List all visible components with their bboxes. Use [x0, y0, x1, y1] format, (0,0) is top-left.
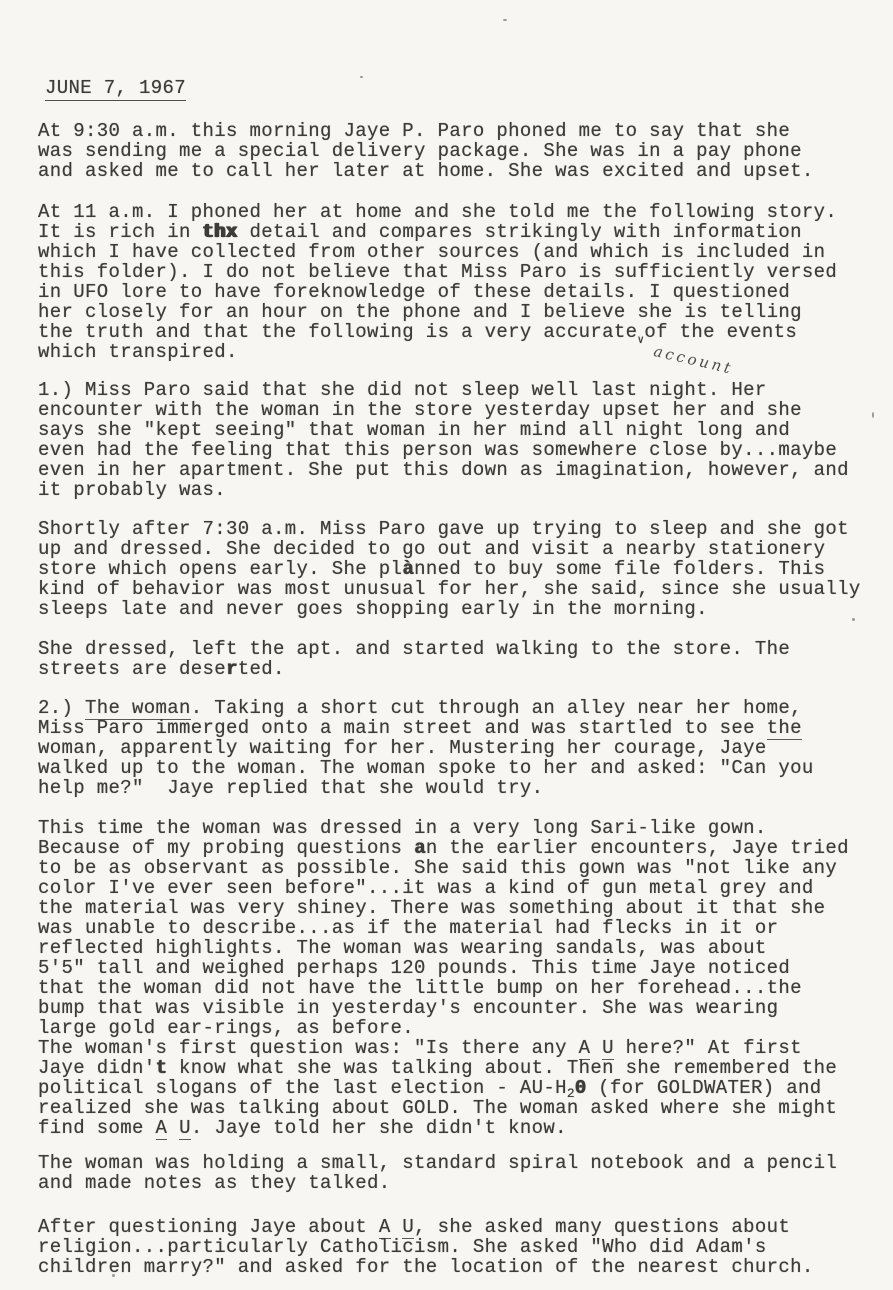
paragraph: At 11 a.m. I phoned her at home and she …	[38, 202, 883, 362]
text-segment: The woman was holding a small, standard …	[38, 1152, 837, 1174]
text-line: the material was very shiney. There was …	[38, 898, 883, 918]
text-line: 2.) The woman. Taking a short cut throug…	[38, 698, 883, 718]
text-segment: that the woman did not have the little b…	[38, 977, 802, 999]
text-segment: was sending me a special delivery packag…	[38, 140, 802, 162]
text-line: encounter with the woman in the store ye…	[38, 400, 883, 420]
paragraph: At 9:30 a.m. this morning Jaye P. Paro p…	[38, 121, 883, 181]
text-line: find some A U. Jaye told her she didn't …	[38, 1118, 883, 1138]
text-segment: know what she was talking about. Then sh…	[167, 1057, 837, 1079]
text-segment: up and dressed. She decided to go out an…	[38, 538, 825, 560]
text-line: which transpired.	[38, 342, 883, 362]
text-segment: , she asked many questions about	[414, 1216, 790, 1238]
text-segment: political slogans of the last election -…	[38, 1077, 567, 1099]
text-line: even in her apartment. She put this down…	[38, 460, 883, 480]
text-segment: It is rich in	[38, 221, 203, 243]
text-segment: At 11 a.m. I phoned her at home and she …	[38, 201, 837, 223]
text-segment: . Jaye told her she didn't know.	[191, 1117, 567, 1139]
text-segment: store which opens early. She pl	[38, 558, 402, 580]
text-line: Miss Paro immerged onto a main street an…	[38, 718, 883, 738]
text-segment: kind of behavior was most unusual for he…	[38, 578, 861, 600]
text-segment	[167, 1117, 179, 1139]
text-line: woman, apparently waiting for her. Muste…	[38, 738, 883, 758]
text-segment: After questioning Jaye about	[38, 1216, 379, 1238]
text-segment: the	[767, 717, 802, 740]
text-segment: (for GOLDWATER) and	[586, 1077, 821, 1099]
text-segment: . Taking a short cut through an alley ne…	[191, 697, 802, 719]
text-line: children marry?" and asked for the locat…	[38, 1257, 883, 1277]
text-line: After questioning Jaye about A U, she as…	[38, 1217, 883, 1237]
text-line: At 9:30 a.m. this morning Jaye P. Paro p…	[38, 121, 883, 141]
text-segment: ∨	[637, 331, 644, 351]
text-segment: which I have collected from other source…	[38, 241, 825, 263]
text-line: large gold ear-rings, as before.	[38, 1018, 883, 1038]
text-segment: r	[226, 658, 238, 680]
scan-speckle	[852, 618, 855, 621]
text-line: This time the woman was dressed in a ver…	[38, 818, 883, 838]
paragraph: This time the woman was dressed in a ver…	[38, 818, 883, 1138]
text-segment: n the earlier encounters, Jaye tried	[426, 837, 849, 859]
text-line: reflected highlights. The woman was wear…	[38, 938, 883, 958]
text-segment: in UFO lore to have foreknowledge of the…	[38, 281, 790, 303]
text-line: The woman's first question was: "Is ther…	[38, 1038, 883, 1058]
paragraph: The woman was holding a small, standard …	[38, 1153, 883, 1193]
text-line: help me?" Jaye replied that she would tr…	[38, 778, 883, 798]
text-segment: and made notes as they talked.	[38, 1172, 391, 1194]
text-line: in UFO lore to have foreknowledge of the…	[38, 282, 883, 302]
text-segment: A	[156, 1117, 168, 1140]
text-line: the truth and that the following is a ve…	[38, 322, 883, 342]
text-segment: walked up to the woman. The woman spoke …	[38, 757, 814, 779]
text-segment: large gold ear-rings, as before.	[38, 1017, 414, 1039]
text-line: kind of behavior was most unusual for he…	[38, 579, 883, 599]
text-line: At 11 a.m. I phoned her at home and she …	[38, 202, 883, 222]
text-line: this folder). I do not believe that Miss…	[38, 262, 883, 282]
text-line: streets are deserted.	[38, 659, 883, 679]
text-segment: this folder). I do not believe that Miss…	[38, 261, 837, 283]
text-segment: 0	[575, 1077, 587, 1099]
text-line: her closely for an hour on the phone and…	[38, 302, 883, 322]
text-segment: realized she was talking about GOLD. The…	[38, 1097, 837, 1119]
text-segment: and asked me to call her later at home. …	[38, 160, 814, 182]
text-line: which I have collected from other source…	[38, 242, 883, 262]
text-segment: religion...particularly Catholicism. She…	[38, 1236, 767, 1258]
text-line: bump that was visible in yesterday's enc…	[38, 998, 883, 1018]
text-segment: Because of my probing questions	[38, 837, 414, 859]
text-line: realized she was talking about GOLD. The…	[38, 1098, 883, 1118]
text-segment: help me?" Jaye replied that she would tr…	[38, 777, 543, 799]
text-segment: 1.) Miss Paro said that she did not slee…	[38, 379, 767, 401]
document-page: JUNE 7, 1967 At 9:30 a.m. this morning J…	[0, 0, 893, 1290]
text-line: was unable to describe...as if the mater…	[38, 918, 883, 938]
text-segment: thx	[203, 221, 238, 243]
text-segment: The woman's first question was: "Is ther…	[38, 1037, 579, 1059]
text-segment	[391, 1216, 403, 1238]
text-segment: was unable to describe...as if the mater…	[38, 917, 778, 939]
text-segment: U	[179, 1117, 191, 1140]
text-line: It is rich in thx detail and compares st…	[38, 222, 883, 242]
scan-speckle	[503, 19, 507, 21]
text-segment: Shortly after 7:30 a.m. Miss Paro gave u…	[38, 518, 849, 540]
text-segment: color I've ever seen before"...it was a …	[38, 877, 814, 899]
text-line: store which opens early. She plànned to …	[38, 559, 883, 579]
text-line: 5'5" tall and weighed perhaps 120 pounds…	[38, 958, 883, 978]
text-line: was sending me a special delivery packag…	[38, 141, 883, 161]
paragraph: 2.) The woman. Taking a short cut throug…	[38, 698, 883, 798]
text-line: religion...particularly Catholicism. She…	[38, 1237, 883, 1257]
text-line: political slogans of the last election -…	[38, 1078, 883, 1098]
text-segment: to be as observant as possible. She said…	[38, 857, 837, 879]
text-line: it probably was.	[38, 480, 883, 500]
scan-speckle	[872, 412, 874, 418]
text-line: even had the feeling that this person wa…	[38, 440, 883, 460]
text-segment: encounter with the woman in the store ye…	[38, 399, 802, 421]
text-line: and made notes as they talked.	[38, 1173, 883, 1193]
text-segment: bump that was visible in yesterday's enc…	[38, 997, 778, 1019]
text-line: She dressed, left the apt. and started w…	[38, 639, 883, 659]
text-line: Jaye didn't know what she was talking ab…	[38, 1058, 883, 1078]
text-line: The woman was holding a small, standard …	[38, 1153, 883, 1173]
text-segment: nned to buy some file folders. This	[414, 558, 825, 580]
text-line: that the woman did not have the little b…	[38, 978, 883, 998]
text-line: Shortly after 7:30 a.m. Miss Paro gave u…	[38, 519, 883, 539]
text-segment: t	[156, 1057, 168, 1079]
text-segment: à	[402, 558, 414, 580]
text-segment: the material was very shiney. There was …	[38, 897, 825, 919]
text-segment: Miss Paro immerged onto a main street an…	[38, 717, 767, 739]
text-line: color I've ever seen before"...it was a …	[38, 878, 883, 898]
text-segment: find some	[38, 1117, 156, 1139]
text-segment: the truth and that the following is a ve…	[38, 321, 637, 343]
paragraph: Shortly after 7:30 a.m. Miss Paro gave u…	[38, 519, 883, 619]
text-line: 1.) Miss Paro said that she did not slee…	[38, 380, 883, 400]
text-segment: says she "kept seeing" that woman in her…	[38, 419, 790, 441]
text-segment: reflected highlights. The woman was wear…	[38, 937, 767, 959]
text-segment: it probably was.	[38, 479, 226, 501]
text-segment: of the events	[644, 321, 797, 343]
text-segment: ted.	[238, 658, 285, 680]
text-segment: She dressed, left the apt. and started w…	[38, 638, 790, 660]
text-segment: At 9:30 a.m. this morning Jaye P. Paro p…	[38, 120, 790, 142]
text-segment: here?" At first	[614, 1037, 802, 1059]
text-line: up and dressed. She decided to go out an…	[38, 539, 883, 559]
text-line: sleeps late and never goes shopping earl…	[38, 599, 883, 619]
text-line: and asked me to call her later at home. …	[38, 161, 883, 181]
text-line: to be as observant as possible. She said…	[38, 858, 883, 878]
paragraph: 1.) Miss Paro said that she did not slee…	[38, 380, 883, 500]
text-segment: Jaye didn'	[38, 1057, 156, 1079]
text-segment: woman, apparently waiting for her. Muste…	[38, 737, 767, 759]
text-segment: a	[414, 837, 426, 859]
text-segment: children marry?" and asked for the locat…	[38, 1256, 814, 1278]
text-segment: detail and compares strikingly with info…	[238, 221, 802, 243]
text-line: walked up to the woman. The woman spoke …	[38, 758, 883, 778]
paragraph: She dressed, left the apt. and started w…	[38, 639, 883, 679]
paragraph: After questioning Jaye about A U, she as…	[38, 1217, 883, 1277]
text-line: Because of my probing questions an the e…	[38, 838, 883, 858]
text-segment: streets are dese	[38, 658, 226, 680]
text-segment: 5'5" tall and weighed perhaps 120 pounds…	[38, 957, 790, 979]
text-segment: even had the feeling that this person wa…	[38, 439, 837, 461]
text-segment: sleeps late and never goes shopping earl…	[38, 598, 708, 620]
date-heading: JUNE 7, 1967	[45, 78, 186, 101]
text-segment: 2.)	[38, 697, 85, 719]
text-segment: even in her apartment. She put this down…	[38, 459, 849, 481]
text-segment: This time the woman was dressed in a ver…	[38, 817, 767, 839]
text-segment	[590, 1037, 602, 1059]
text-segment: which transpired.	[38, 341, 238, 363]
scan-speckle	[112, 1274, 115, 1277]
text-segment: her closely for an hour on the phone and…	[38, 301, 802, 323]
text-line: says she "kept seeing" that woman in her…	[38, 420, 883, 440]
scan-speckle	[360, 76, 363, 78]
